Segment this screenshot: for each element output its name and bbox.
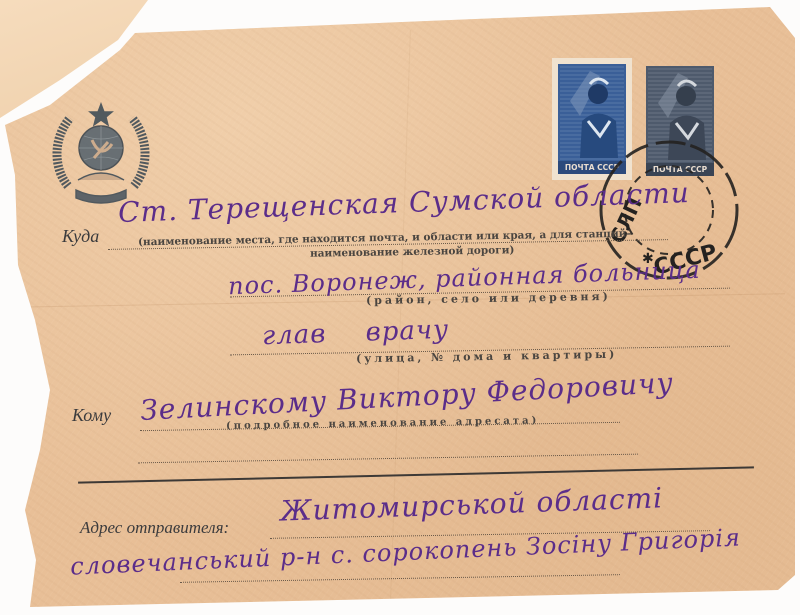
- ussr-coat-of-arms-icon: [48, 98, 154, 208]
- envelope: ПОЧТА СССР ПОЧТА СССР СЛП СССР ✱: [0, 0, 800, 615]
- where-label: Куда: [62, 226, 99, 247]
- sender-label: Адрес отправителя:: [80, 518, 229, 538]
- whom-label: Кому: [72, 405, 111, 426]
